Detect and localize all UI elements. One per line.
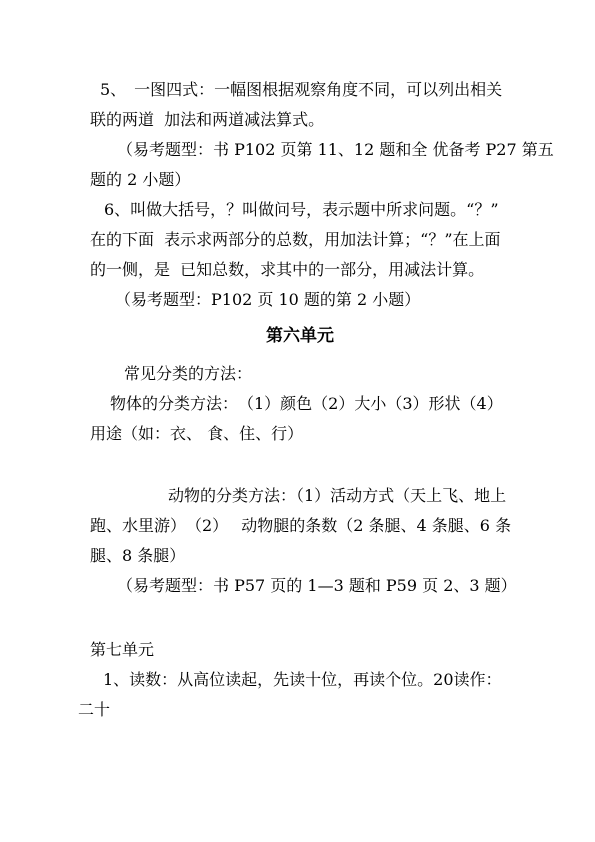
object-classification-line2: 用途（如：衣、 食、住、行） [90,419,510,449]
unit7-point1-line1: 1、读数：从高位读起，先读十位，再读个位。20读作： [90,665,510,695]
document-page: 5、 一图四式：一幅图根据观察角度不同，可以列出相关 联的两道 加法和两道减法算… [0,0,595,842]
animal-classification-line3: 腿、8 条腿） [90,541,510,571]
animal-classification-line1: 动物的分类方法：（1）活动方式（天上飞、地上 [90,481,510,511]
unit6-heading: 第六单元 [90,321,510,351]
point6-exam-note: （易考题型：P102 页 10 题的第 2 小题） [90,285,510,315]
point6-line1: 6、叫做大括号，？叫做问号，表示题中所求问题。“？” [90,195,510,225]
point6-line2: 在的下面 表示求两部分的总数，用加法计算；“？”在上面 [90,225,510,255]
point5-line2: 联的两道 加法和两道减法算式。 [90,105,510,135]
point5-exam-note-line1: （易考题型：书 P102 页第 11、12 题和全 优备考 P27 第五 [90,135,510,165]
unit7-point1-line2: 二十 [90,695,510,725]
point5-exam-note-line2: 题的 2 小题） [90,165,510,195]
point5-line1: 5、 一图四式：一幅图根据观察角度不同，可以列出相关 [90,75,510,105]
object-classification-line1: 物体的分类方法： （1）颜色（2）大小（3）形状（4） [90,389,510,419]
unit6-exam-note: （易考题型：书 P57 页的 1—3 题和 P59 页 2、3 题） [90,571,510,601]
document-text-block: 5、 一图四式：一幅图根据观察角度不同，可以列出相关 联的两道 加法和两道减法算… [90,75,510,725]
unit6-intro: 常见分类的方法： [90,359,510,389]
animal-classification-line2: 跑、水里游） （2） 动物腿的条数（2 条腿、4 条腿、6 条 [90,511,510,541]
point6-line3: 的一侧，是 已知总数，求其中的一部分，用减法计算。 [90,255,510,285]
unit7-heading: 第七单元 [90,635,510,665]
